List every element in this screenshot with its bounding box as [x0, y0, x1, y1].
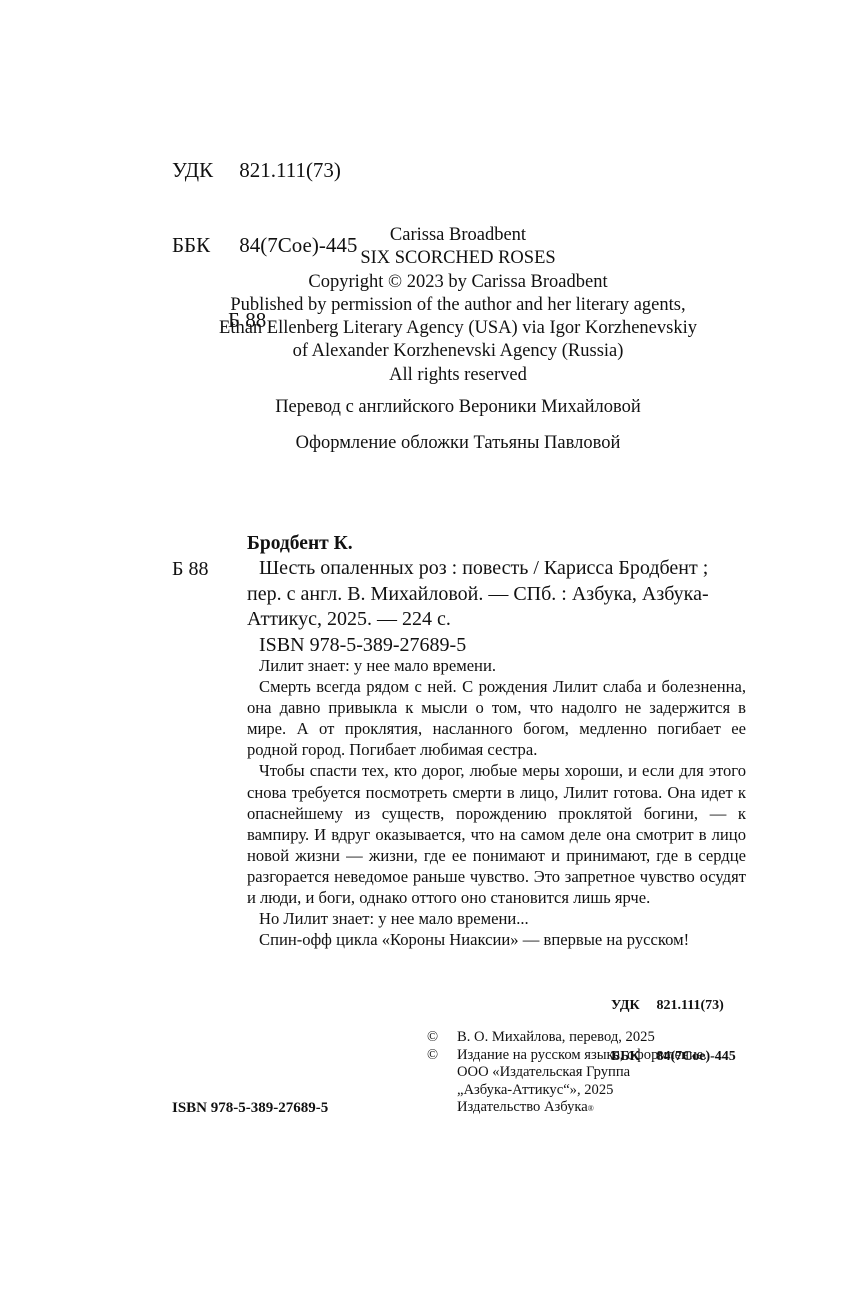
annotation-paragraph: Чтобы спасти тех, кто дорог, любые меры … — [247, 760, 746, 908]
biblio-line: Аттикус, 2025. — 224 с. — [247, 607, 749, 633]
isbn-bottom: ISBN 978-5-389-27689-5 — [172, 1100, 328, 1117]
udk-code: УДК 821.111(73) — [172, 158, 357, 183]
credit-line: Carissa Broadbent — [150, 224, 766, 247]
copyright-row: © В. О. Михайлова, перевод, 2025 — [427, 1029, 707, 1047]
author-heading: Бродбент К. — [247, 533, 353, 555]
original-credits: Carissa Broadbent SIX SCORCHED ROSES Cop… — [150, 224, 766, 387]
annotation-paragraph: Но Лилит знает: у нее мало времени... — [247, 908, 746, 929]
author-mark-bibliographic: Б 88 — [172, 558, 208, 581]
publisher-line: ООО «Издательская Группа — [427, 1064, 707, 1082]
translator-credit: Перевод с английского Вероники Михайлово… — [150, 397, 766, 418]
udk-code: УДК 821.111(73) — [611, 997, 736, 1014]
cover-design-credit: Оформление обложки Татьяны Павловой — [150, 433, 766, 454]
credit-line: of Alexander Korzhenevski Agency (Russia… — [150, 340, 766, 363]
copyright-icon: © — [427, 1047, 457, 1065]
copyright-notices: © В. О. Михайлова, перевод, 2025 © Издан… — [427, 1029, 707, 1117]
biblio-line: Шесть опаленных роз : повесть / Карисса … — [247, 556, 749, 582]
annotation: Лилит знает: у нее мало времени. Смерть … — [247, 655, 746, 950]
credit-line: All rights reserved — [150, 364, 766, 387]
credit-line: Published by permission of the author an… — [150, 294, 766, 317]
registered-trademark-icon: ® — [588, 1104, 594, 1113]
publisher-line: Издательство Азбука® — [427, 1099, 707, 1117]
annotation-paragraph: Спин-офф цикла «Короны Ниаксии» — впервы… — [247, 929, 746, 950]
biblio-line: пер. с англ. В. Михайловой. — СПб. : Азб… — [247, 582, 749, 608]
annotation-paragraph: Смерть всегда рядом с ней. С рождения Ли… — [247, 676, 746, 760]
credit-line: Ethan Ellenberg Literary Agency (USA) vi… — [150, 317, 766, 340]
copyright-row: © Издание на русском языке, оформление. — [427, 1047, 707, 1065]
credit-line: Copyright © 2023 by Carissa Broadbent — [150, 271, 766, 294]
publisher-line: „Азбука-Аттикус“», 2025 — [427, 1082, 707, 1100]
bibliographic-description: Шесть опаленных роз : повесть / Карисса … — [247, 556, 749, 633]
annotation-paragraph: Лилит знает: у нее мало времени. — [247, 655, 746, 676]
isbn-bibliographic: ISBN 978-5-389-27689-5 — [259, 634, 466, 657]
credit-line: SIX SCORCHED ROSES — [150, 247, 766, 270]
copyright-icon: © — [427, 1029, 457, 1047]
